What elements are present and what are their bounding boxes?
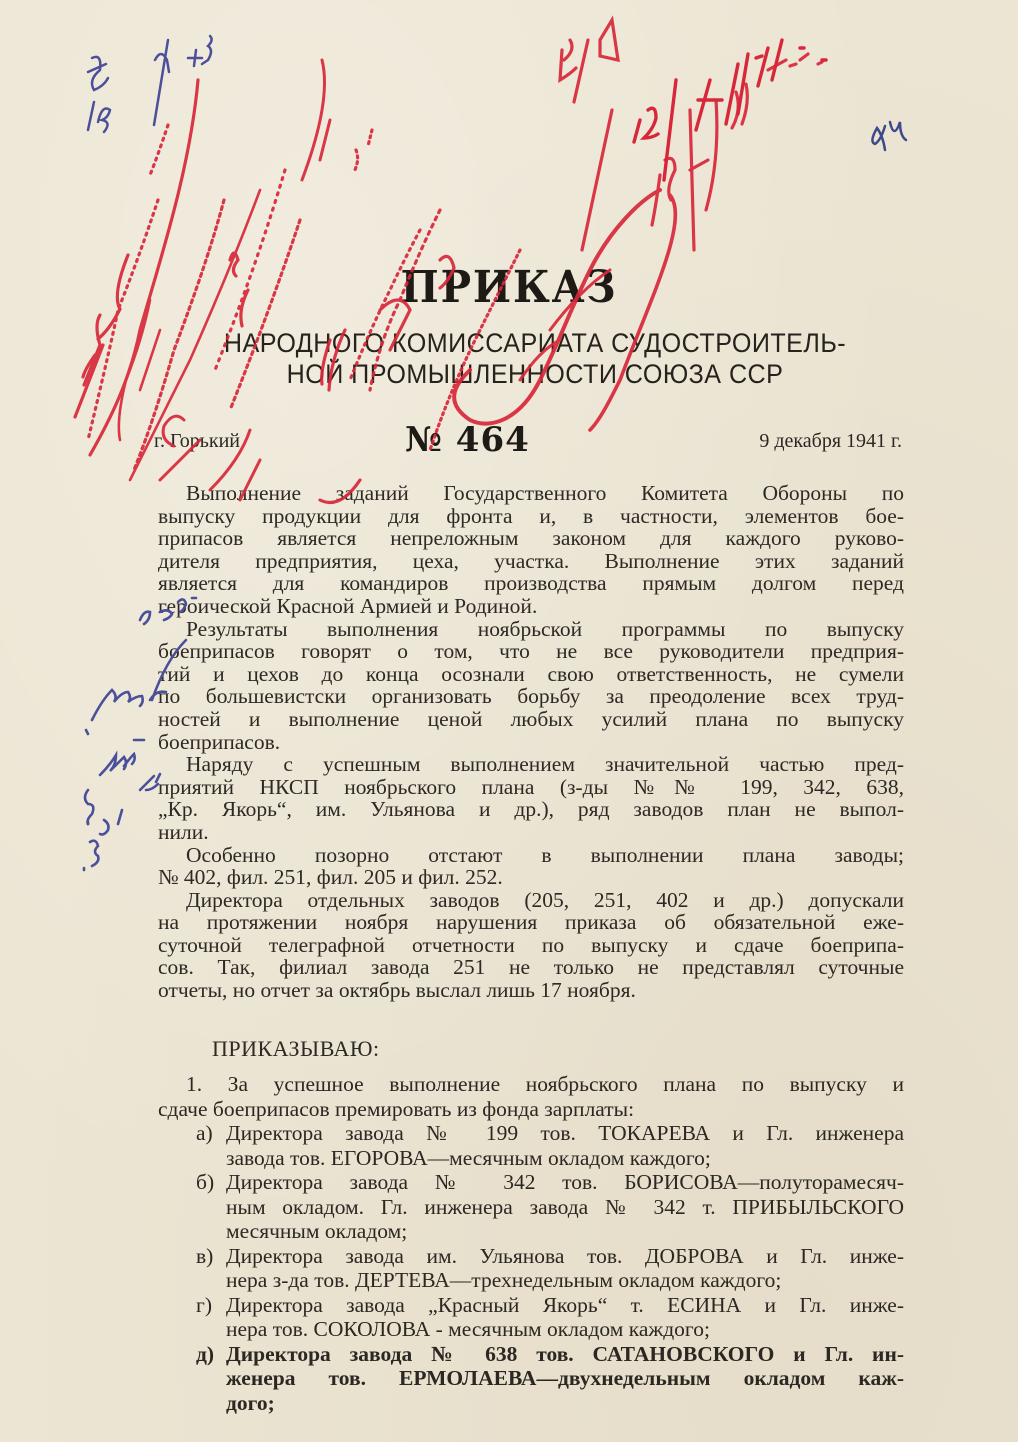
text-line: Директора завода № 638 тов. САТАНОВСКОГО…: [226, 1342, 904, 1367]
text-line: по большевистски организовать борьбу за …: [158, 685, 904, 708]
text-line: сов. Так, филиал завода 251 не только не…: [158, 956, 904, 979]
text-line: дителя предприятия, цеха, участка. Выпол…: [158, 550, 904, 573]
text-line: № 402, фил. 251, фил. 205 и фил. 252.: [158, 866, 904, 889]
order-body: Выполнение заданий Государственного Коми…: [158, 482, 904, 1002]
text-line: припасов является непреложным законом дл…: [158, 527, 904, 550]
order-point-1: 1. За успешное выполнение ноябрьского пл…: [158, 1072, 904, 1121]
order-sub-item: б)Директора завода № 342 тов. БОРИСОВА—п…: [158, 1170, 904, 1244]
text-line: тий и цехов до конца осознали свою ответ…: [158, 663, 904, 686]
subtitle-line: НАРОДНОГО КОМИССАРИАТА СУДОСТРОИТЕЛЬ-: [186, 328, 884, 359]
paragraph: Результаты выполнения ноябрьской програм…: [158, 618, 904, 754]
text-line: является для командиров производства пря…: [158, 572, 904, 595]
text-line: Наряду с успешным выполнением значительн…: [158, 753, 904, 776]
text-line: „Кр. Якорь“, им. Ульянова и др.), ряд за…: [158, 798, 904, 821]
text-line: Особенно позорно отстают в выполнении пл…: [158, 844, 904, 867]
text-line: Директора завода „Красный Якорь“ т. ЕСИН…: [226, 1293, 904, 1318]
order-sub-item: а)Директора завода № 199 тов. ТОКАРЕВА и…: [158, 1121, 904, 1170]
text-line: Результаты выполнения ноябрьской програм…: [158, 618, 904, 641]
text-line: на протяжении ноября нарушения приказа о…: [158, 911, 904, 934]
order-number: № 464: [405, 420, 530, 460]
item-marker: г): [196, 1293, 212, 1318]
paragraph: Наряду с успешным выполнением значительн…: [158, 753, 904, 843]
text-line: отчеты, но отчет за октябрь выслал лишь …: [158, 979, 904, 1002]
text-line: выпуску продукции для фронта и, в частно…: [158, 505, 904, 528]
text-line: ным окладом. Гл. инженера завода № 342 т…: [226, 1195, 904, 1220]
subtitle-line: НОЙ ПРОМЫШЛЕННОСТИ СОЮЗА ССР: [186, 359, 884, 390]
text-line: дого;: [226, 1391, 904, 1416]
document-meta: г. Горький № 464 9 декабря 1941 г.: [150, 420, 910, 460]
text-line: нера тов. СОКОЛОВА - месячным окладом ка…: [226, 1317, 904, 1342]
orders-heading: ПРИКАЗЫВАЮ:: [212, 1036, 380, 1062]
text-line: боеприпасов говорят о том, что не все ру…: [158, 640, 904, 663]
order-sub-item: д)Директора завода № 638 тов. САТАНОВСКО…: [158, 1342, 904, 1416]
paragraph: Директора отдельных заводов (205, 251, 4…: [158, 889, 904, 1002]
item-marker: а): [196, 1121, 213, 1146]
text-line: нера з-да тов. ДЕРТЕВА—трехнедельным окл…: [226, 1268, 904, 1293]
text-line: месячным окладом;: [226, 1219, 904, 1244]
document-title: ПРИКАЗ: [41, 262, 978, 313]
text-line: Выполнение заданий Государственного Коми…: [158, 482, 904, 505]
order-date: 9 декабря 1941 г.: [759, 430, 902, 453]
text-line: Директора отдельных заводов (205, 251, 4…: [158, 889, 904, 912]
item-marker: б): [196, 1170, 214, 1195]
text-line: Директора завода им. Ульянова тов. ДОБРО…: [226, 1244, 904, 1269]
order-sub-item: г)Директора завода „Красный Якорь“ т. ЕС…: [158, 1293, 904, 1342]
text-line: Директора завода № 199 тов. ТОКАРЕВА и Г…: [226, 1121, 904, 1146]
text-line: ностей и выполнение ценой любых усилий п…: [158, 708, 904, 731]
text-line: Директора завода № 342 тов. БОРИСОВА—пол…: [226, 1170, 904, 1195]
text-line: завода тов. ЕГОРОВА—месячным окладом каж…: [226, 1146, 904, 1171]
text-line: боеприпасов.: [158, 731, 904, 754]
text-line: 1. За успешное выполнение ноябрьского пл…: [158, 1072, 904, 1097]
text-line: суточной телеграфной отчетности по выпус…: [158, 934, 904, 957]
item-marker: д): [196, 1342, 214, 1367]
order-sub-item: в)Директора завода им. Ульянова тов. ДОБ…: [158, 1244, 904, 1293]
paragraph: Выполнение заданий Государственного Коми…: [158, 482, 904, 618]
paragraph: Особенно позорно отстают в выполнении пл…: [158, 844, 904, 889]
issuing-authority: НАРОДНОГО КОМИССАРИАТА СУДОСТРОИТЕЛЬ- НО…: [186, 328, 884, 390]
text-line: приятий НКСП ноябрьского плана (з-ды №№ …: [158, 776, 904, 799]
item-marker: в): [196, 1244, 213, 1269]
city: г. Горький: [154, 430, 240, 453]
order-points: 1. За успешное выполнение ноябрьского пл…: [158, 1072, 904, 1415]
text-line: женера тов. ЕРМОЛАЕВА—двухнедельным окла…: [226, 1366, 904, 1391]
text-line: героической Красной Армией и Родиной.: [158, 595, 904, 618]
text-line: сдаче боеприпасов премировать из фонда з…: [158, 1097, 904, 1122]
text-line: нили.: [158, 821, 904, 844]
